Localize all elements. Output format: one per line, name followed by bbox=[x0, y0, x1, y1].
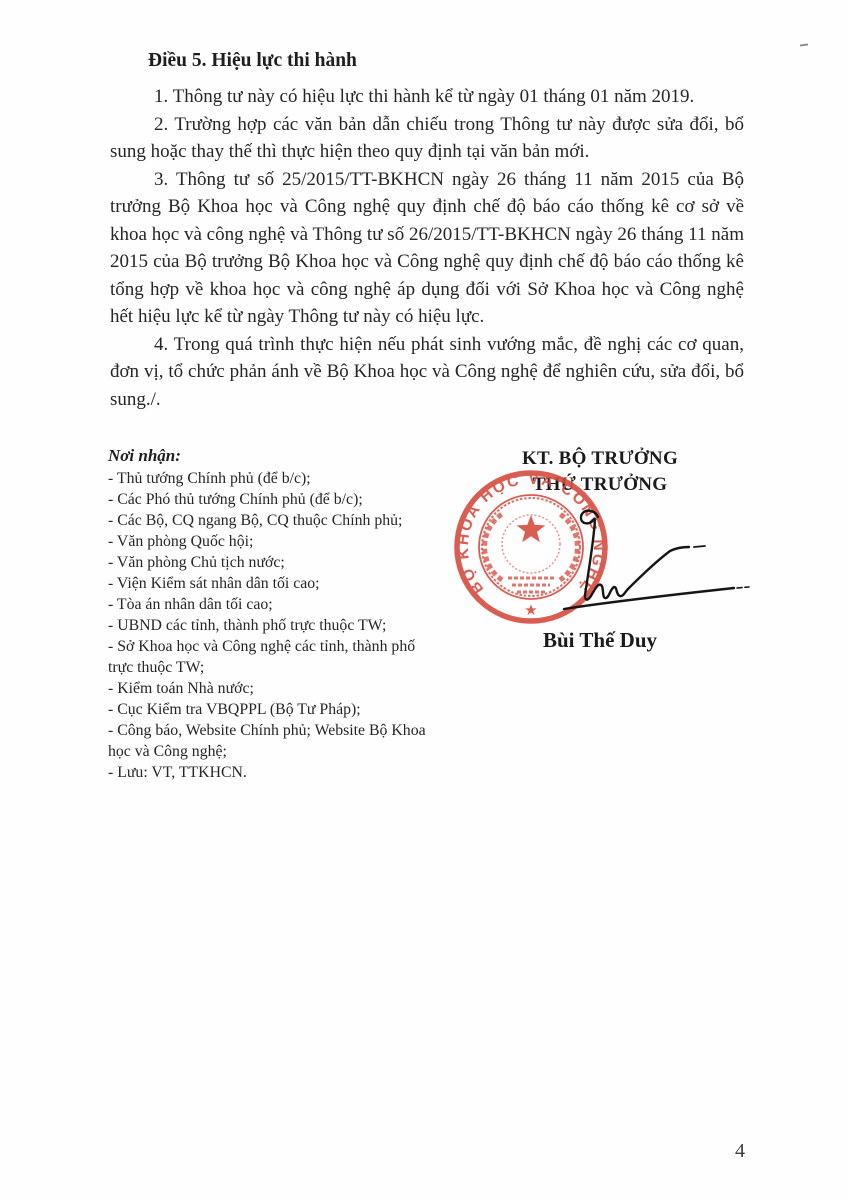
recipients-label: Nơi nhận: bbox=[108, 446, 444, 466]
recipient-item: - Thủ tướng Chính phủ (để b/c); bbox=[108, 468, 444, 489]
scan-artifact-mark bbox=[800, 43, 808, 46]
document-page: Điều 5. Hiệu lực thi hành 1. Thông tư nà… bbox=[0, 0, 848, 1200]
seal-bottom-star-icon: ★ bbox=[524, 603, 537, 619]
recipient-item: - Lưu: VT, TTKHCN. bbox=[108, 762, 444, 783]
signature-ink bbox=[548, 503, 760, 621]
recipient-item: - Các Phó thủ tướng Chính phủ (để b/c); bbox=[108, 489, 444, 510]
article-body: Điều 5. Hiệu lực thi hành 1. Thông tư nà… bbox=[110, 48, 744, 413]
recipient-item: - UBND các tỉnh, thành phố trực thuộc TW… bbox=[108, 615, 444, 636]
recipient-item: - Văn phòng Chủ tịch nước; bbox=[108, 552, 444, 573]
recipient-item: - Cục Kiểm tra VBQPPL (Bộ Tư Pháp); bbox=[108, 699, 444, 720]
recipient-item: - Văn phòng Quốc hội; bbox=[108, 531, 444, 552]
article-paragraph: 4. Trong quá trình thực hiện nếu phát si… bbox=[110, 331, 744, 414]
page-number: 4 bbox=[690, 1140, 790, 1163]
recipient-item: - Tòa án nhân dân tối cao; bbox=[108, 594, 444, 615]
article-paragraph: 1. Thông tư này có hiệu lực thi hành kể … bbox=[110, 83, 744, 111]
recipient-item: - Viện Kiểm sát nhân dân tối cao; bbox=[108, 573, 444, 594]
recipients-list: Nơi nhận: - Thủ tướng Chính phủ (để b/c)… bbox=[108, 446, 444, 783]
article-paragraph: 2. Trường hợp các văn bản dẫn chiếu tron… bbox=[110, 111, 744, 166]
recipient-item: - Công báo, Website Chính phủ; Website B… bbox=[108, 720, 444, 762]
article-paragraph: 3. Thông tư số 25/2015/TT-BKHCN ngày 26 … bbox=[110, 166, 744, 331]
recipient-item: - Các Bộ, CQ ngang Bộ, CQ thuộc Chính ph… bbox=[108, 510, 444, 531]
seal-center-star-icon bbox=[517, 515, 546, 542]
recipient-item: - Kiểm toán Nhà nước; bbox=[108, 678, 444, 699]
signer-name: Bùi Thế Duy bbox=[450, 628, 750, 653]
article-heading: Điều 5. Hiệu lực thi hành bbox=[148, 48, 744, 74]
recipient-item: - Sở Khoa học và Công nghệ các tỉnh, thà… bbox=[108, 636, 444, 678]
